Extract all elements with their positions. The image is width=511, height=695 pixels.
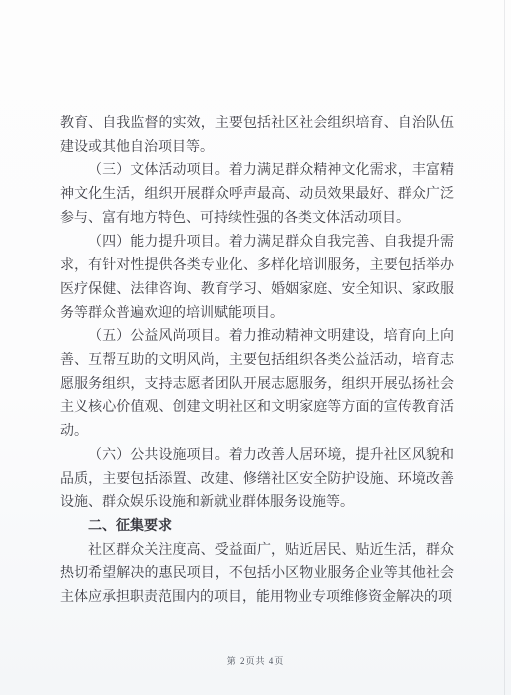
scan-page-edge-line [504,0,505,695]
paragraph-item-4-capability: （四）能力提升项目。着力满足群众自我完善、自我提升需求，有针对性提供各类专业化、… [60,231,454,326]
document-body: 教育、自我监督的实效，主要包括社区社会组织培育、自治队伍建设或其他自治项目等。 … [60,112,454,610]
paragraph-item-6-public-facilities: （六）公共设施项目。着力改善人居环境，提升社区风貌和品质，主要包括添置、改建、修… [60,444,454,515]
paragraph-item-3-culture-sports: （三）文体活动项目。着力满足群众精神文化需求，丰富精神文化生活，组织开展群众呼声… [60,159,454,230]
section-heading-collection-requirements: 二、征集要求 [60,515,454,539]
page-number: 第 2页共 4页 [0,654,511,667]
paragraph-continuation: 教育、自我监督的实效，主要包括社区社会组织培育、自治队伍建设或其他自治项目等。 [60,112,454,159]
paragraph-requirements-body: 社区群众关注度高、受益面广，贴近居民、贴近生活，群众热切希望解决的惠民项目，不包… [60,539,454,610]
paragraph-item-5-public-welfare: （五）公益风尚项目。着力推动精神文明建设，培育向上向善、互帮互助的文明风尚，主要… [60,325,454,444]
